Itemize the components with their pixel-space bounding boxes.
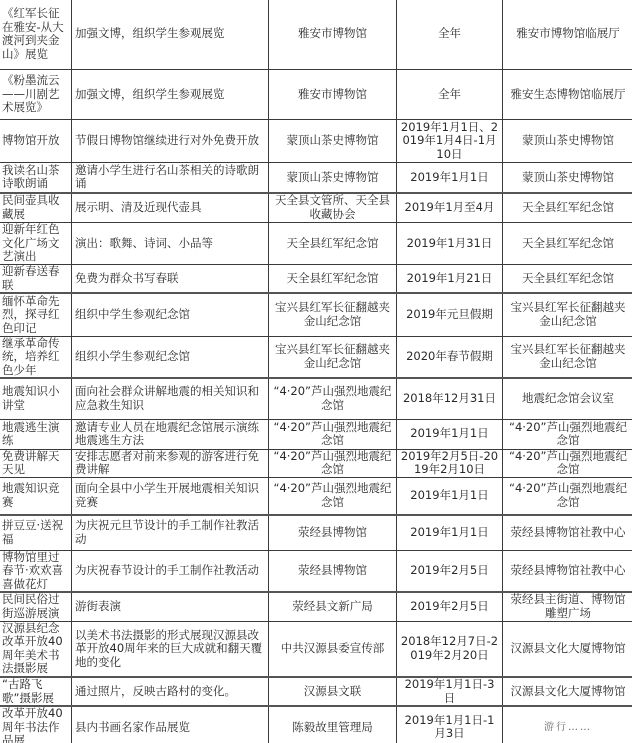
event-organizer: “4·20”芦山强烈地震纪念馆 — [269, 378, 397, 419]
event-organizer: 中共汉源县委宣传部 — [269, 621, 397, 677]
event-time: 2019年1月1日 — [397, 163, 503, 193]
event-name: 迎新春送春联 — [0, 265, 72, 294]
event-content: 为庆祝春节设计的手工制作社教活动 — [72, 550, 269, 592]
event-content: 加强文博，组织学生参观展览 — [72, 0, 269, 70]
event-place: 蒙顶山茶史博物馆 — [503, 120, 632, 163]
event-place: 汉源县文化大厦博物馆 — [503, 621, 632, 677]
event-place: 天全县红军纪念馆 — [503, 193, 632, 223]
event-content: 面向社会群众讲解地震的相关知识和应急救生知识 — [72, 378, 269, 419]
event-time: 2019年元旦假期 — [397, 293, 503, 336]
event-time: 2019年1月1日、2019年1月4日-1月10日 — [397, 120, 503, 163]
event-time: 2019年2月5日 — [397, 592, 503, 621]
event-name: 博物馆开放 — [0, 120, 72, 163]
event-organizer: 蒙顶山茶史博物馆 — [269, 120, 397, 163]
event-name: 汉源县纪念改革开放40周年美术书法摄影展 — [0, 621, 72, 677]
event-organizer: “4·20”芦山强烈地震纪念馆 — [269, 477, 397, 515]
event-time: 2019年2月5日 — [397, 550, 503, 592]
event-organizer: 雅安市博物馆 — [269, 70, 397, 120]
event-content: 邀请小学生进行名山茶相关的诗歌朗诵 — [72, 163, 269, 193]
event-place: 天全县红军纪念馆 — [503, 223, 632, 265]
event-place: 天全县红军纪念馆 — [503, 265, 632, 294]
event-place: 荥经县博物馆社教中心 — [503, 515, 632, 550]
event-name: 地震知识小讲堂 — [0, 378, 72, 419]
event-time: 2018年12月31日 — [397, 378, 503, 419]
table-row: 《粉墨流云——川剧艺术展览》 加强文博，组织学生参观展览 雅安市博物馆 全年 雅… — [0, 70, 632, 120]
event-organizer: 陈毅故里管理局 — [269, 706, 397, 743]
table-row: 博物馆里过春节·欢欢喜喜做花灯 为庆祝春节设计的手工制作社教活动 荥经县博物馆 … — [0, 550, 632, 592]
event-place: “4·20”芦山强烈地震纪念馆 — [503, 477, 632, 515]
event-name: 迎新年红色文化广场文艺演出 — [0, 223, 72, 265]
event-organizer: 蒙顶山茶史博物馆 — [269, 163, 397, 193]
event-name: 缅怀革命先烈，探寻红色印记 — [0, 293, 72, 336]
event-organizer: 天全县红军纪念馆 — [269, 265, 397, 294]
table-row: 地震逃生演练 邀请专业人员在地震纪念馆展示演练地震逃生方法 “4·20”芦山强烈… — [0, 419, 632, 449]
event-content: 邀请专业人员在地震纪念馆展示演练地震逃生方法 — [72, 419, 269, 449]
event-name: 《红军长征在雅安-从大渡河到夹金山》展览 — [0, 0, 72, 70]
event-place: 雅安生态博物馆临展厅 — [503, 70, 632, 120]
table-row: 改革开放40周年书法作品展 县内书画名家作品展览 陈毅故里管理局 2019年1月… — [0, 706, 632, 743]
event-content: 组织中学生参观纪念馆 — [72, 293, 269, 336]
event-content: 游街表演 — [72, 592, 269, 621]
event-content: 为庆祝元旦节设计的手工制作社教活动 — [72, 515, 269, 550]
event-place: 宝兴县红军长征翻越夹金山纪念馆 — [503, 336, 632, 378]
event-organizer: 宝兴县红军长征翻越夹金山纪念馆 — [269, 336, 397, 378]
event-time: 2019年1月21日 — [397, 265, 503, 294]
event-place: 游行…… — [503, 706, 632, 743]
event-place: 地震纪念馆会议室 — [503, 378, 632, 419]
event-organizer: 荥经县博物馆 — [269, 550, 397, 592]
table-row: 迎新春送春联 免费为群众书写春联 天全县红军纪念馆 2019年1月21日 天全县… — [0, 265, 632, 294]
event-place: 汉源县文化大厦博物馆 — [503, 677, 632, 706]
event-place: “4·20”芦山强烈地震纪念馆 — [503, 419, 632, 449]
event-organizer: “4·20”芦山强烈地震纪念馆 — [269, 419, 397, 449]
event-name: 民间壶具收藏展 — [0, 193, 72, 223]
event-organizer: 天全县文管所、天全县收藏协会 — [269, 193, 397, 223]
table-row: 《红军长征在雅安-从大渡河到夹金山》展览 加强文博，组织学生参观展览 雅安市博物… — [0, 0, 632, 70]
event-content: 组织小学生参观纪念馆 — [72, 336, 269, 378]
event-place: 宝兴县红军长征翻越夹金山纪念馆 — [503, 293, 632, 336]
event-name: 地震逃生演练 — [0, 419, 72, 449]
table-row: 继承革命传统，培养红色少年 组织小学生参观纪念馆 宝兴县红军长征翻越夹金山纪念馆… — [0, 336, 632, 378]
event-place: 荥经县博物馆社教中心 — [503, 550, 632, 592]
event-organizer: 雅安市博物馆 — [269, 0, 397, 70]
event-time: 2019年1月1日 — [397, 477, 503, 515]
event-time: 2020年春节假期 — [397, 336, 503, 378]
event-name: 《粉墨流云——川剧艺术展览》 — [0, 70, 72, 120]
table-row: 迎新年红色文化广场文艺演出 演出：歌舞、诗词、小品等 天全县红军纪念馆 2019… — [0, 223, 632, 265]
event-place: “4·20”芦山强烈地震纪念馆 — [503, 449, 632, 477]
event-organizer: 汉源县文联 — [269, 677, 397, 706]
event-place: 蒙顶山茶史博物馆 — [503, 163, 632, 193]
table-row: 汉源县纪念改革开放40周年美术书法摄影展 以美术书法摄影的形式展现汉源县改革开放… — [0, 621, 632, 677]
event-organizer: 天全县红军纪念馆 — [269, 223, 397, 265]
event-time: 2019年1月1日 — [397, 419, 503, 449]
event-organizer: 荥经县文新广局 — [269, 592, 397, 621]
event-content: 演出：歌舞、诗词、小品等 — [72, 223, 269, 265]
event-time: 全年 — [397, 70, 503, 120]
event-time: 2019年1月31日 — [397, 223, 503, 265]
event-organizer: “4·20”芦山强烈地震纪念馆 — [269, 449, 397, 477]
event-name: 我读名山茶诗歌朗诵 — [0, 163, 72, 193]
event-name: 继承革命传统，培养红色少年 — [0, 336, 72, 378]
table-row: 免费讲解天天见 安排志愿者对前来参观的游客进行免费讲解 “4·20”芦山强烈地震… — [0, 449, 632, 477]
event-content: 面向全县中小学生开展地震相关知识竞赛 — [72, 477, 269, 515]
event-content: 加强文博，组织学生参观展览 — [72, 70, 269, 120]
event-name: 民间民俗过街巡游展演 — [0, 592, 72, 621]
event-name: 免费讲解天天见 — [0, 449, 72, 477]
event-content: 县内书画名家作品展览 — [72, 706, 269, 743]
table-row: 地震知识小讲堂 面向社会群众讲解地震的相关知识和应急救生知识 “4·20”芦山强… — [0, 378, 632, 419]
event-name: 博物馆里过春节·欢欢喜喜做花灯 — [0, 550, 72, 592]
event-name: 地震知识竞赛 — [0, 477, 72, 515]
event-content: 通过照片，反映古路村的变化。 — [72, 677, 269, 706]
event-time: 2018年12月7日-2019年2月20日 — [397, 621, 503, 677]
table-row: 拼豆豆·送祝福 为庆祝元旦节设计的手工制作社教活动 荥经县博物馆 2019年1月… — [0, 515, 632, 550]
event-organizer: 荥经县博物馆 — [269, 515, 397, 550]
table-row: 民间壶具收藏展 展示明、清及近现代壶具 天全县文管所、天全县收藏协会 2019年… — [0, 193, 632, 223]
event-name: 改革开放40周年书法作品展 — [0, 706, 72, 743]
event-content: 节假日博物馆继续进行对外免费开放 — [72, 120, 269, 163]
event-content: 以美术书法摄影的形式展现汉源县改革开放40周年来的巨大成就和翻天覆地的变化 — [72, 621, 269, 677]
event-time: 2019年1月至4月 — [397, 193, 503, 223]
table-row: 博物馆开放 节假日博物馆继续进行对外免费开放 蒙顶山茶史博物馆 2019年1月1… — [0, 120, 632, 163]
event-name: “古路飞歌”摄影展 — [0, 677, 72, 706]
event-time: 2019年1月1日 — [397, 515, 503, 550]
event-organizer: 宝兴县红军长征翻越夹金山纪念馆 — [269, 293, 397, 336]
event-place: 荥经县主街道、博物馆雕塑广场 — [503, 592, 632, 621]
table-row: 民间民俗过街巡游展演 游街表演 荥经县文新广局 2019年2月5日 荥经县主街道… — [0, 592, 632, 621]
event-time: 全年 — [397, 0, 503, 70]
event-time: 2019年2月5日-2019年2月10日 — [397, 449, 503, 477]
event-content: 免费为群众书写春联 — [72, 265, 269, 294]
event-content: 展示明、清及近现代壶具 — [72, 193, 269, 223]
event-name: 拼豆豆·送祝福 — [0, 515, 72, 550]
events-table: 《红军长征在雅安-从大渡河到夹金山》展览 加强文博，组织学生参观展览 雅安市博物… — [0, 0, 632, 743]
event-time: 2019年1月1日-3日 — [397, 677, 503, 706]
table-row: 缅怀革命先烈，探寻红色印记 组织中学生参观纪念馆 宝兴县红军长征翻越夹金山纪念馆… — [0, 293, 632, 336]
event-place: 雅安市博物馆临展厅 — [503, 0, 632, 70]
table-row: 地震知识竞赛 面向全县中小学生开展地震相关知识竞赛 “4·20”芦山强烈地震纪念… — [0, 477, 632, 515]
table-row: 我读名山茶诗歌朗诵 邀请小学生进行名山茶相关的诗歌朗诵 蒙顶山茶史博物馆 201… — [0, 163, 632, 193]
event-content: 安排志愿者对前来参观的游客进行免费讲解 — [72, 449, 269, 477]
table-row: “古路飞歌”摄影展 通过照片，反映古路村的变化。 汉源县文联 2019年1月1日… — [0, 677, 632, 706]
event-time: 2019年1月1日-1月3日 — [397, 706, 503, 743]
